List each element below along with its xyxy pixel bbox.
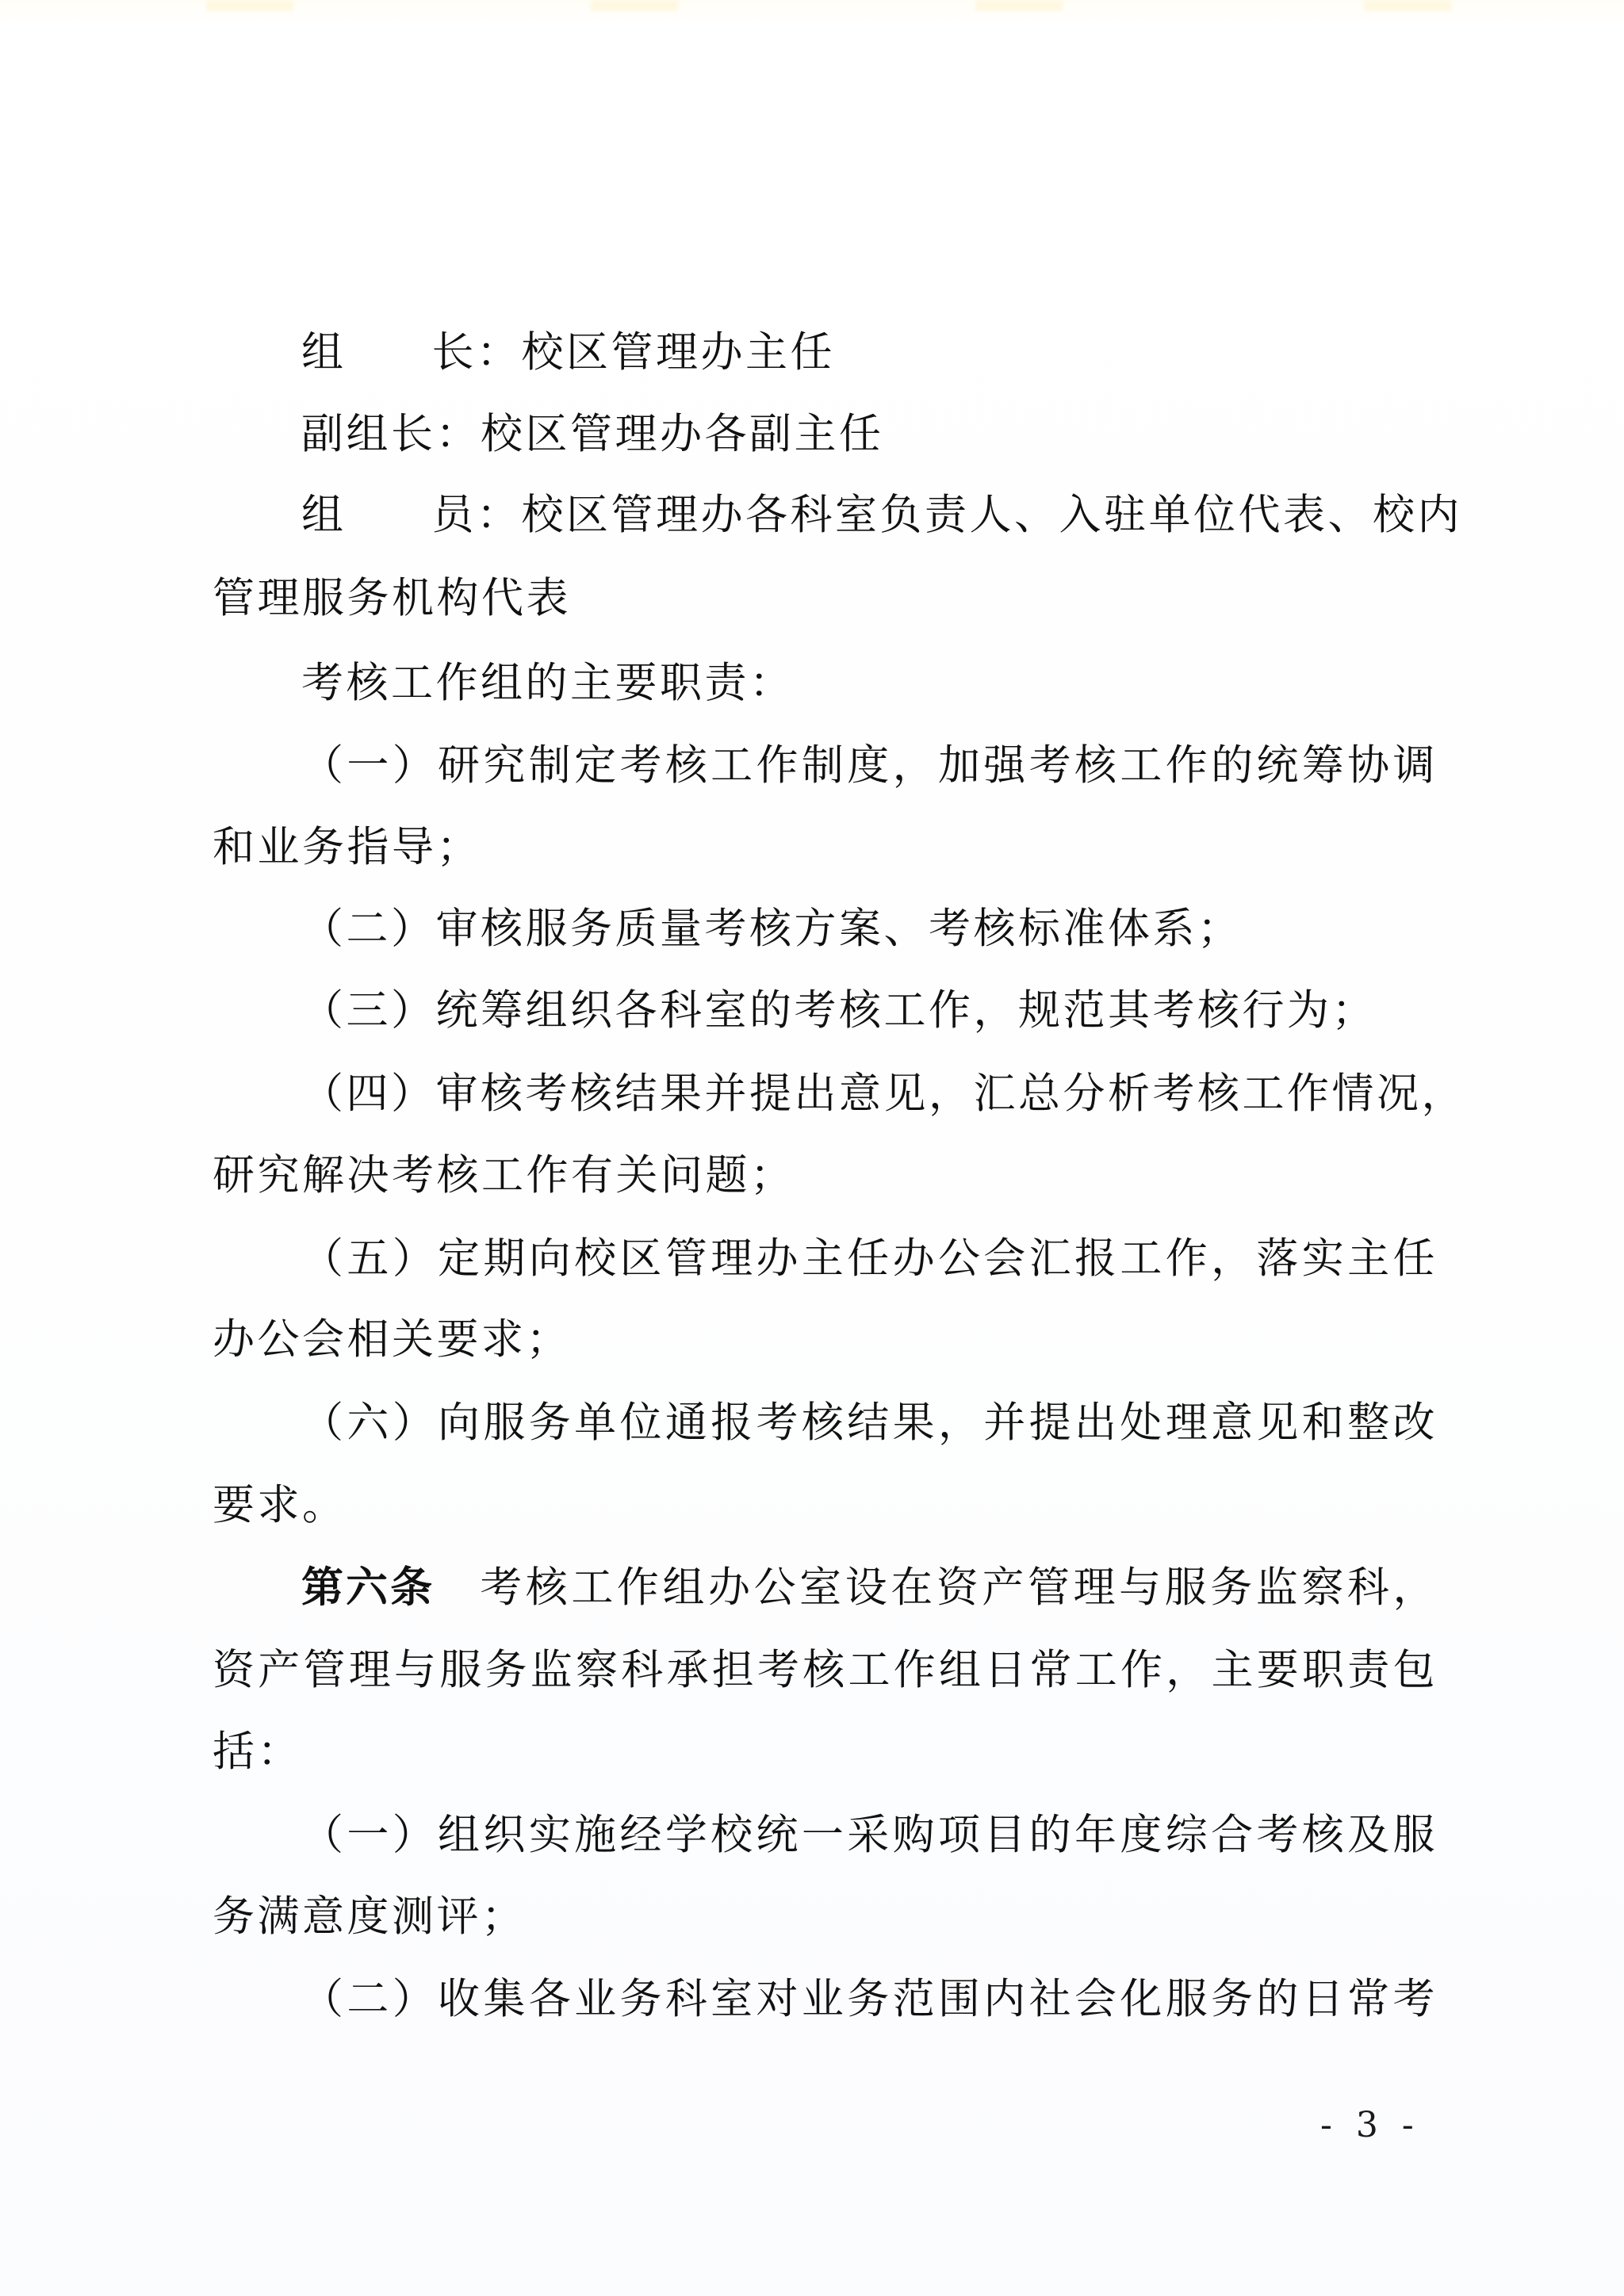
duty-item-5: （五）定期向校区管理办主任办公会汇报工作，落实主任 — [301, 1230, 1438, 1288]
article-6-duty-item-2: （二）收集各业务科室对业务范围内社会化服务的日常考 — [301, 1971, 1438, 2028]
member-role-members: 组员：校区管理办各科室负责人、入驻单位代表、校内 — [301, 487, 1438, 544]
role-label-char1: 组 — [301, 491, 347, 539]
paragraph-line: 办公会相关要求； — [213, 1311, 1438, 1368]
article-6-duty-item-1: （一）组织实施经学校统一采购项目的年度综合考核及服 — [301, 1807, 1438, 1864]
role-label-char2: 长 — [432, 328, 477, 377]
member-role-leader: 组长：校区管理办主任 — [301, 324, 1438, 381]
page-number: - 3 - — [1320, 2105, 1420, 2145]
paragraph-line: 研究解决考核工作有关问题； — [213, 1147, 1438, 1204]
scan-artifact — [975, 0, 1063, 11]
scan-artifact — [1364, 0, 1451, 11]
article-text: 考核工作组办公室设在资产管理与服务监察科， — [479, 1563, 1438, 1612]
document-page: 组长：校区管理办主任 副组长：校区管理办各副主任 组员：校区管理办各科室负责人、… — [0, 0, 1624, 2296]
article-6: 第六条考核工作组办公室设在资产管理与服务监察科， — [301, 1559, 1438, 1617]
duty-item-6: （六）向服务单位通报考核结果，并提出处理意见和整改 — [301, 1395, 1438, 1452]
paragraph-line: 和业务指导； — [213, 819, 1438, 876]
paragraph-line: 要求。 — [213, 1477, 1438, 1534]
role-label: 副组长 — [301, 410, 436, 458]
duty-item-4: （四）审核考核结果并提出意见，汇总分析考核工作情况， — [301, 1066, 1438, 1123]
article-number: 第六条 — [301, 1563, 435, 1612]
role-value: 校区管理办各科室负责人、入驻单位代表、校内 — [522, 491, 1463, 539]
paragraph-line: 务满意度测评； — [213, 1888, 1438, 1946]
role-value: 校区管理办各副主任 — [481, 410, 884, 458]
role-label-char1: 组 — [301, 328, 347, 377]
member-role-deputy-leader: 副组长：校区管理办各副主任 — [301, 406, 1438, 463]
section-heading-duties: 考核工作组的主要职责： — [301, 655, 1438, 712]
paragraph-line: 资产管理与服务监察科承担考核工作组日常工作，主要职责包 — [213, 1642, 1438, 1699]
duty-item-2: （二）审核服务质量考核方案、考核标准体系； — [301, 901, 1438, 958]
scan-artifact — [206, 0, 293, 11]
role-value: 校区管理办主任 — [522, 328, 836, 377]
duty-item-3: （三）统筹组织各科室的考核工作，规范其考核行为； — [301, 982, 1438, 1039]
scan-artifact — [591, 0, 678, 11]
role-separator: ： — [477, 491, 522, 539]
paragraph-line: 括： — [213, 1724, 1438, 1781]
role-separator: ： — [436, 410, 481, 458]
role-separator: ： — [477, 328, 522, 377]
duty-item-1: （一）研究制定考核工作制度，加强考核工作的统筹协调 — [301, 737, 1438, 794]
paragraph-line: 管理服务机构代表 — [213, 570, 1438, 627]
role-label-char2: 员 — [432, 491, 477, 539]
